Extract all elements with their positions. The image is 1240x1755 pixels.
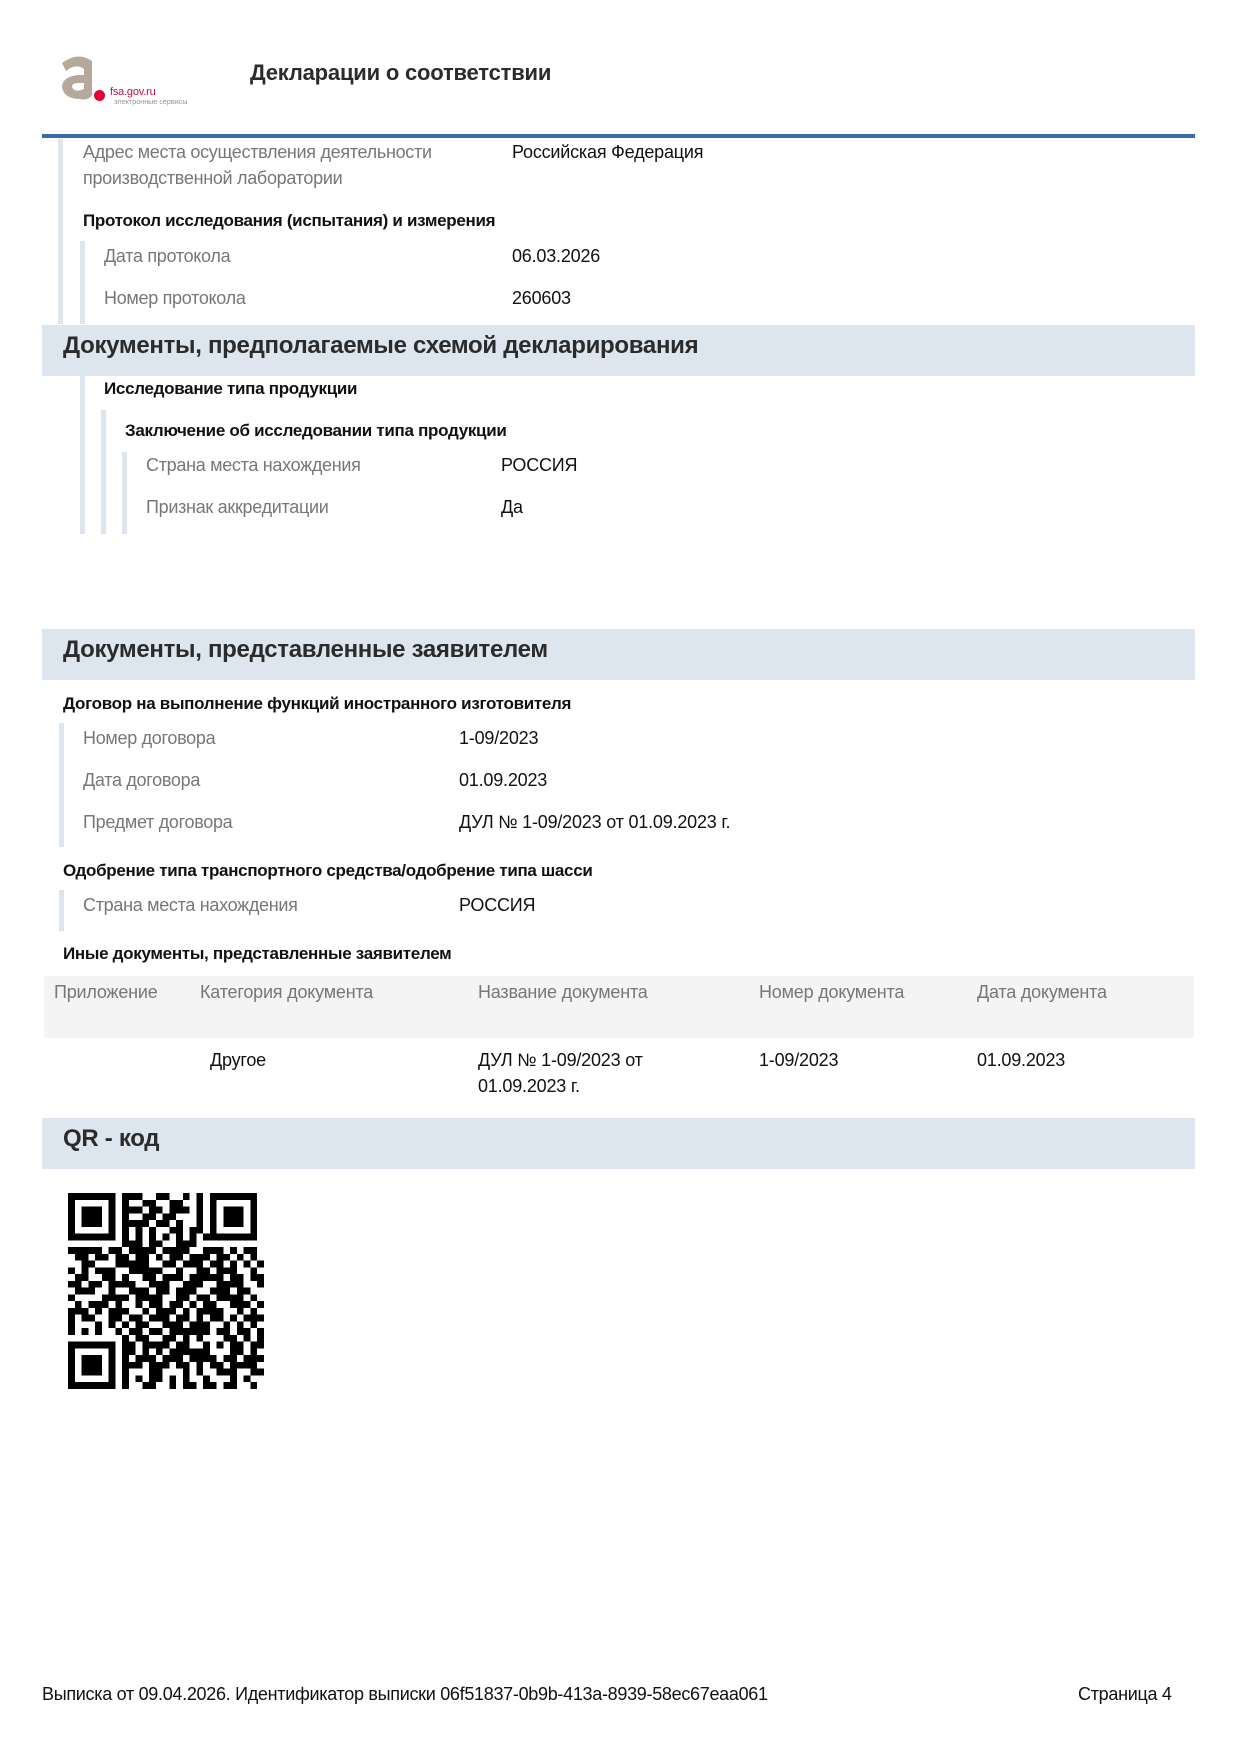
section-title-qr: QR - код [63,1125,159,1153]
approval-country-value: РОССИЯ [459,892,535,918]
qr-code-icon [68,1193,264,1389]
col-category: Категория документа [200,982,373,1003]
contract-subject-value: ДУЛ № 1-09/2023 от 01.09.2023 г. [459,809,730,835]
scheme-country-label: Страна места нахождения [146,452,361,478]
protocol-number-value: 260603 [512,285,571,311]
section-band-scheme-docs: Документы, предполагаемые схемой деклари… [42,325,1195,376]
logo-dot [94,90,105,101]
table-row: Другое ДУЛ № 1-09/2023 от 01.09.2023 г. … [44,1038,1194,1118]
approval-country-label: Страна места нахождения [83,892,298,918]
header-rule [42,134,1195,138]
logo-subtitle: электронные сервисы [114,99,187,106]
scheme-guide-line [80,376,85,534]
logo-a-icon [58,55,98,101]
contract-date-value: 01.09.2023 [459,767,547,793]
section-title-applicant-docs: Документы, представленные заявителем [63,636,548,664]
contract-number-label: Номер договора [83,725,215,751]
cell-number: 1-09/2023 [759,1047,838,1073]
conclusion-guide-line [122,452,127,534]
page-title: Декларации о соответствии [250,60,551,86]
section-band-applicant-docs: Документы, представленные заявителем [42,629,1195,680]
logo-site: fsa.gov.ru [110,86,156,98]
scheme-country-value: РОССИЯ [501,452,577,478]
qr-code [68,1193,264,1389]
lab-address-label-2: производственной лаборатории [83,165,342,191]
col-attachment: Приложение [54,982,158,1003]
lab-address-value: Российская Федерация [512,139,703,165]
contract-guide-line [59,723,64,847]
section-title-scheme-docs: Документы, предполагаемые схемой деклари… [63,332,698,360]
contract-heading: Договор на выполнение функций иностранно… [63,694,571,714]
approval-guide-line [59,890,64,931]
col-date: Дата документа [977,982,1107,1003]
type-study-guide-line [101,410,106,534]
footer-extract-info: Выписка от 09.04.2026. Идентификатор вып… [42,1684,768,1705]
cell-name-line1: ДУЛ № 1-09/2023 от [478,1047,643,1073]
contract-subject-label: Предмет договора [83,809,232,835]
section-band-qr: QR - код [42,1118,1195,1169]
other-docs-table-header: Приложение Категория документа Название … [44,976,1194,1038]
protocol-guide-line [80,241,85,324]
conclusion-heading: Заключение об исследовании типа продукци… [125,421,507,441]
type-study-heading: Исследование типа продукции [104,379,357,399]
cell-category: Другое [210,1047,266,1073]
accreditation-value: Да [501,494,523,520]
cell-date: 01.09.2023 [977,1047,1065,1073]
other-docs-heading: Иные документы, представленные заявителе… [63,944,451,964]
lab-address-label-1: Адрес места осуществления деятельности [83,139,432,165]
fsa-logo: fsa.gov.ru электронные сервисы [58,55,208,111]
col-number: Номер документа [759,982,904,1003]
accreditation-label: Признак аккредитации [146,494,329,520]
contract-date-label: Дата договора [83,767,200,793]
cell-name-line2: 01.09.2023 г. [478,1073,580,1099]
footer-page-number: Страница 4 [1078,1684,1172,1705]
protocol-number-label: Номер протокола [104,285,246,311]
protocol-date-label: Дата протокола [104,243,230,269]
contract-number-value: 1-09/2023 [459,725,538,751]
col-name: Название документа [478,982,648,1003]
section-guide-line [58,139,63,324]
protocol-date-value: 06.03.2026 [512,243,600,269]
protocol-heading: Протокол исследования (испытания) и изме… [83,211,495,231]
approval-heading: Одобрение типа транспортного средства/од… [63,861,593,881]
